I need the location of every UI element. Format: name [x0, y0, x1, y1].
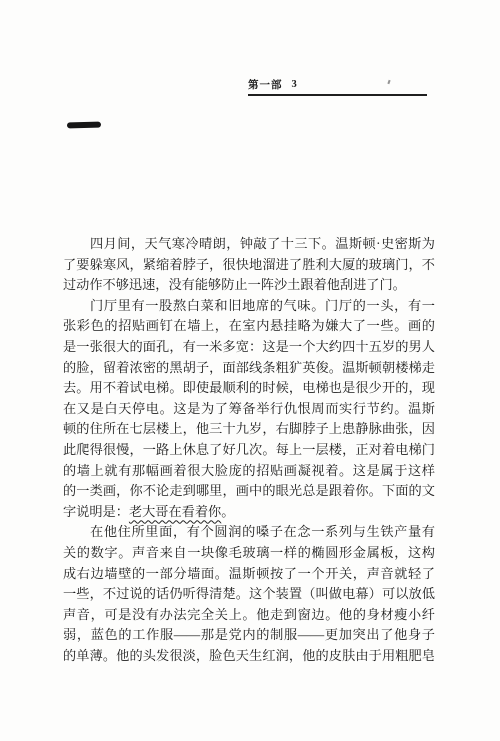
page-header: 第一部 3: [248, 77, 427, 91]
body-text-line: 张彩色的招贴画钉在墙上，在室内悬挂略为嫌大了一些。画的: [63, 316, 435, 337]
body-text-line: 了要躲寒风，紧缩着脖子，很快地溜进了胜利大厦的玻璃门，不: [63, 255, 435, 276]
book-page: 第一部 3 一 四月间，天气寒冷晴朗，钟敲了十三下。温斯顿·史密斯为 了要躲寒风…: [0, 0, 500, 741]
body-text-line: 四月间，天气寒冷晴朗，钟敲了十三下。温斯顿·史密斯为: [63, 234, 435, 255]
slogan-emphasized-text: 老大哥在看着你: [129, 504, 221, 519]
body-text-line: 门厅里有一股熬白菜和旧地席的气味。门厅的一头，有一: [63, 296, 435, 317]
body-text-line-slogan: 字说明是：老大哥在看着你。: [63, 502, 435, 523]
header-rule: [248, 94, 427, 96]
body-text-line: 的单薄。他的头发很淡，脸色天生红润，他的皮肤由于用粗肥皂: [63, 646, 435, 667]
body-text-line: 此爬得很慢，一路上休息了好几次。每上一层楼，正对着电梯门: [63, 440, 435, 461]
header-page-number: 3: [292, 79, 298, 90]
header-section-title: 第一部: [248, 77, 283, 92]
body-text-line: 的一类画，你不论走到哪里，画中的眼光总是跟着你。下面的文: [63, 481, 435, 502]
body-text-line: 成右边墙壁的一部分墙面。温斯顿按了一个开关，声音就轻了: [63, 564, 435, 585]
body-text-line: 弱，蓝色的工作服——那是党内的制服——更加突出了他身子: [63, 625, 435, 646]
body-text-line: 的脸，留着浓密的黑胡子，面部线条粗犷英俊。温斯顿朝楼梯走: [63, 358, 435, 379]
body-text-line: 一些，不过说的话仍听得清楚。这个装置（叫做电幕）可以放低: [63, 584, 435, 605]
body-text-line: 是一张很大的面孔，有一米多宽：这是一个大约四十五岁的男人: [63, 337, 435, 358]
body-text-line: 在他住所里面，有个圆润的嗓子在念一系列与生铁产量有: [63, 522, 435, 543]
body-text-line: 过动作不够迅速，没有能够防止一阵沙土跟着他刮进了门。: [63, 275, 435, 296]
body-text-block: 四月间，天气寒冷晴朗，钟敲了十三下。温斯顿·史密斯为 了要躲寒风，紧缩着脖子，很…: [63, 234, 435, 666]
body-text-line: 关的数字。声音来自一块像毛玻璃一样的椭圆形金属板，这构: [63, 543, 435, 564]
body-text-line: 去。用不着试电梯。即使最顺利的时候，电梯也是很少开的，现: [63, 378, 435, 399]
body-text-line: 在又是白天停电。这是为了筹备举行仇恨周而实行节约。温斯: [63, 399, 435, 420]
slogan-prefix: 字说明是：: [63, 504, 129, 519]
body-text-line: 顿的住所在七层楼上，他三十九岁，右脚脖子上患静脉曲张，因: [63, 419, 435, 440]
body-text-line: 声音，可是没有办法完全关上。他走到窗边。他的身材瘦小纤: [63, 605, 435, 626]
chapter-number: 一: [67, 122, 101, 129]
slogan-suffix: 。: [221, 504, 234, 519]
body-text-line: 的墙上就有那幅画着很大脸庞的招贴画凝视着。这是属于这样: [63, 461, 435, 482]
